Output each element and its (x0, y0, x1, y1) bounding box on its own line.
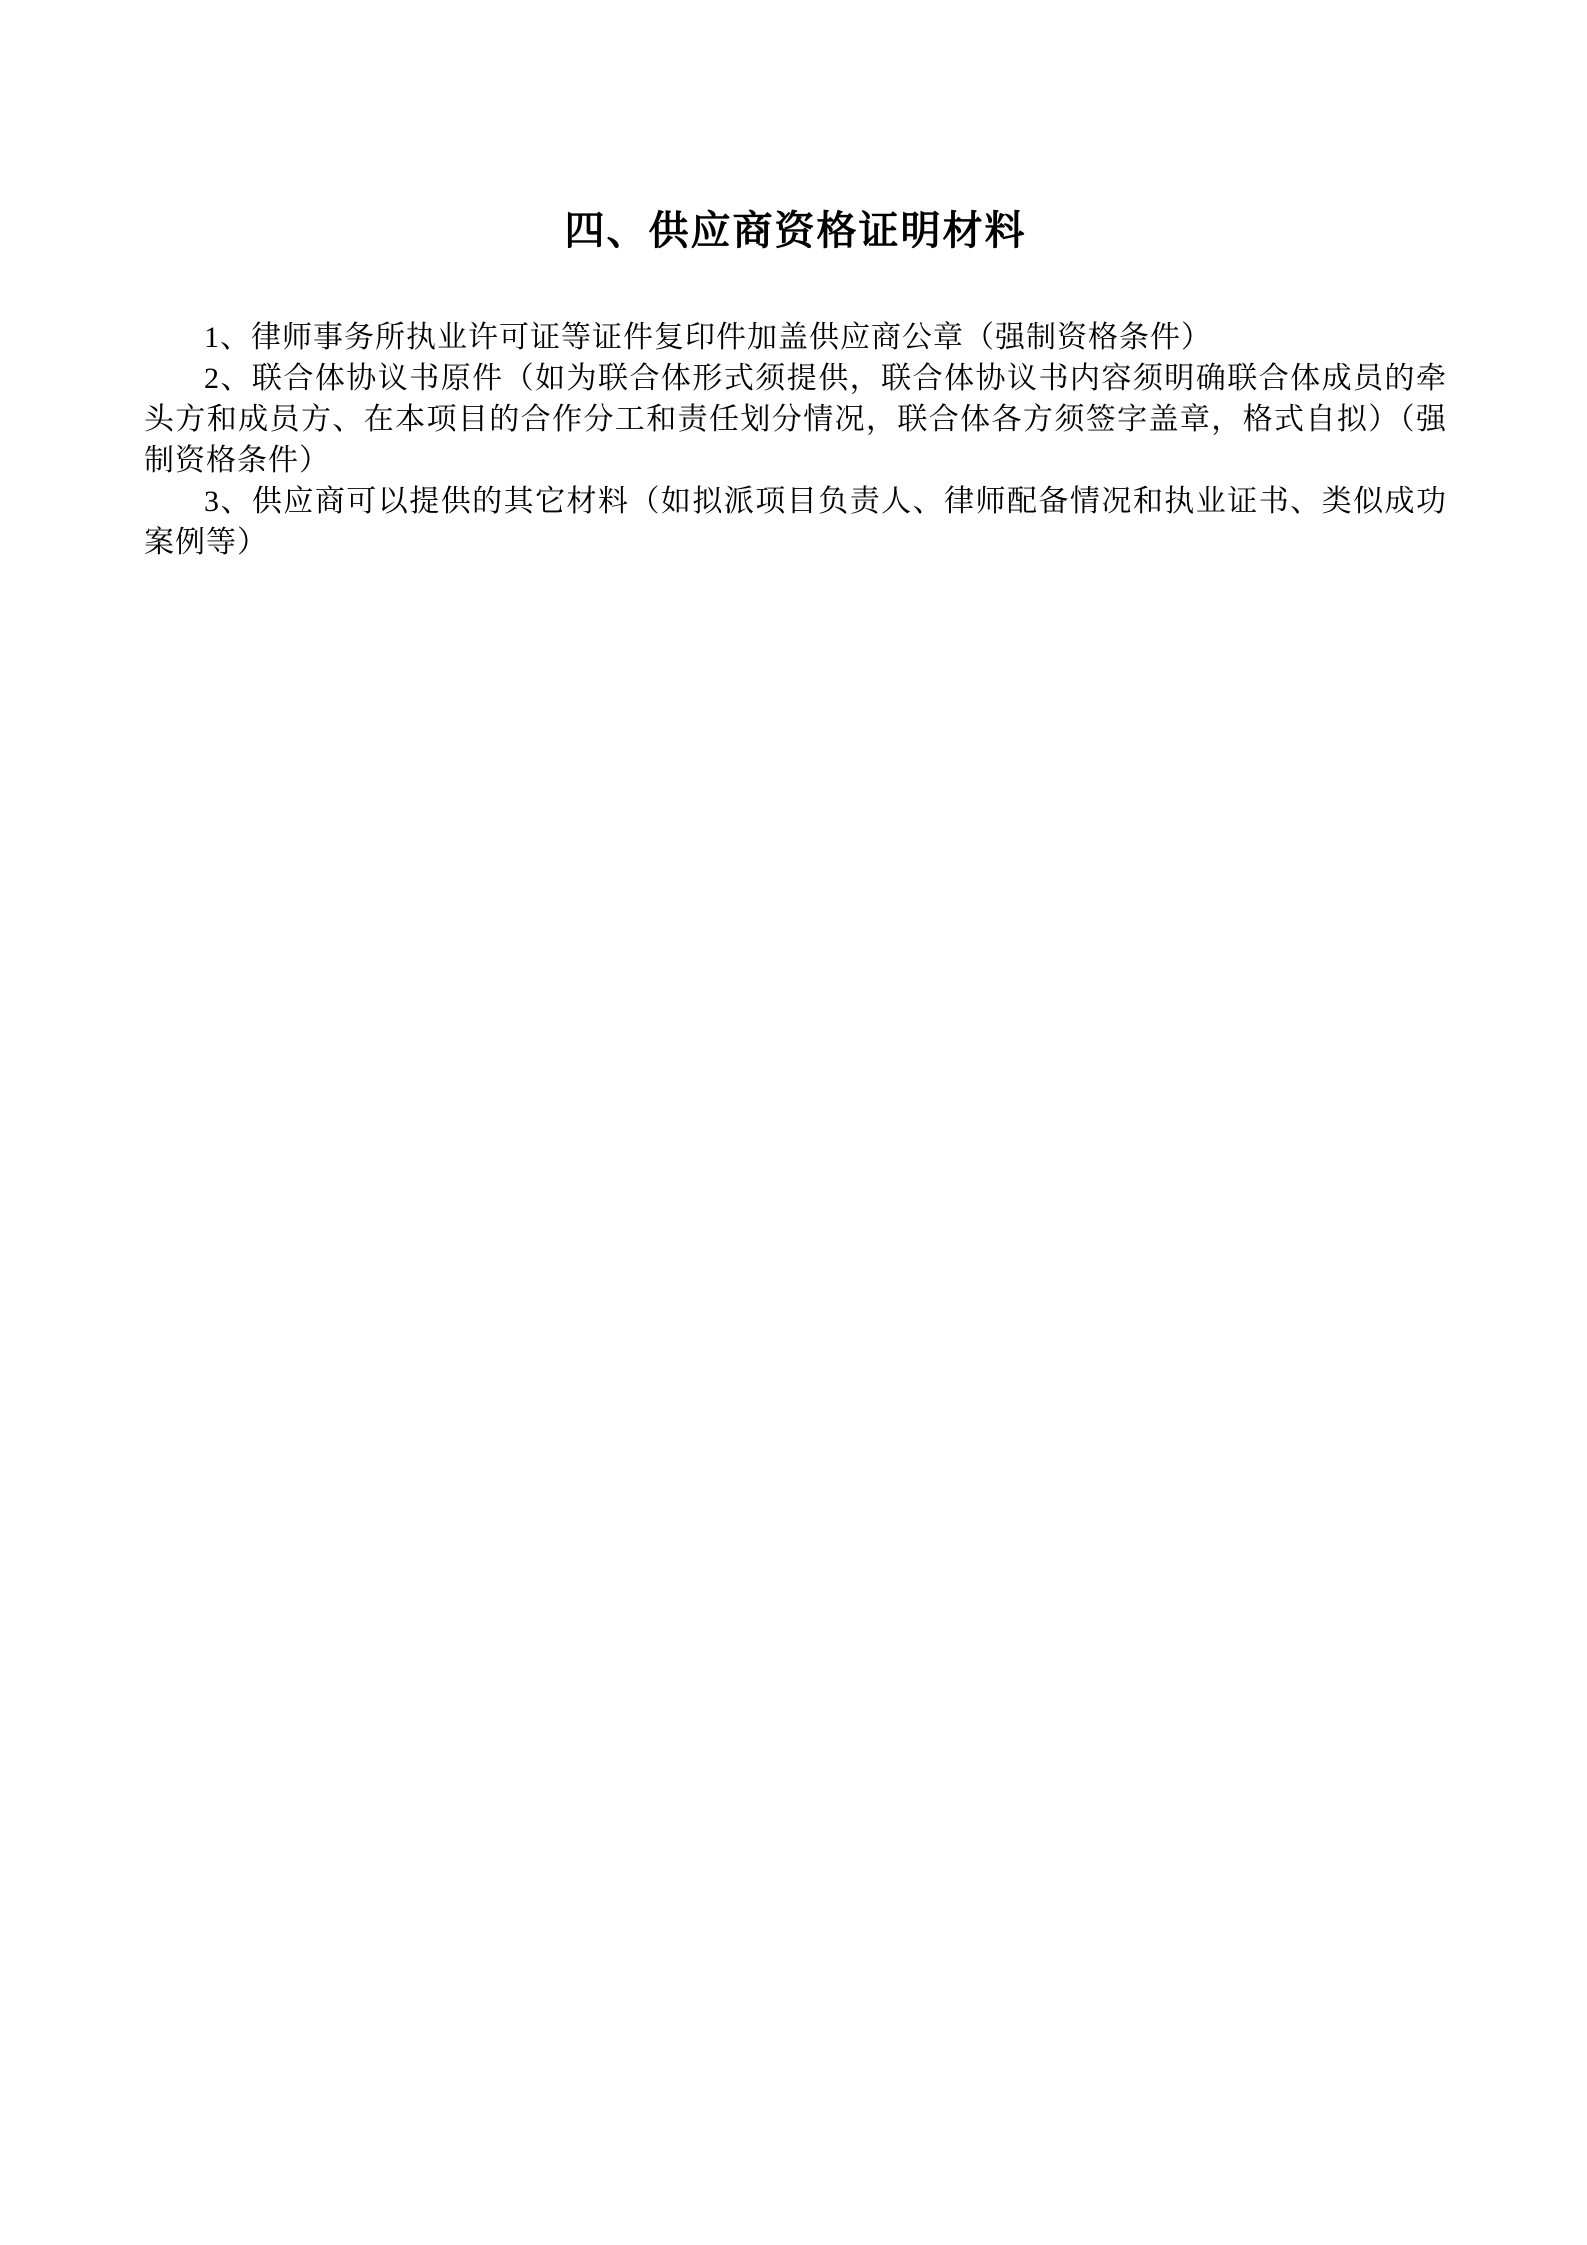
document-body: 1、律师事务所执业许可证等证件复印件加盖供应商公章（强制资格条件） 2、联合体协… (144, 317, 1447, 563)
paragraph-consortium-agreement: 2、联合体协议书原件（如为联合体形式须提供，联合体协议书内容须明确联合体成员的牵… (144, 358, 1447, 481)
page-title: 四、供应商资格证明材料 (144, 207, 1447, 255)
paragraph-supplier-license: 1、律师事务所执业许可证等证件复印件加盖供应商公章（强制资格条件） (144, 317, 1447, 358)
document-page: 四、供应商资格证明材料 1、律师事务所执业许可证等证件复印件加盖供应商公章（强制… (0, 0, 1587, 2245)
paragraph-other-materials: 3、供应商可以提供的其它材料（如拟派项目负责人、律师配备情况和执业证书、类似成功… (144, 481, 1447, 563)
